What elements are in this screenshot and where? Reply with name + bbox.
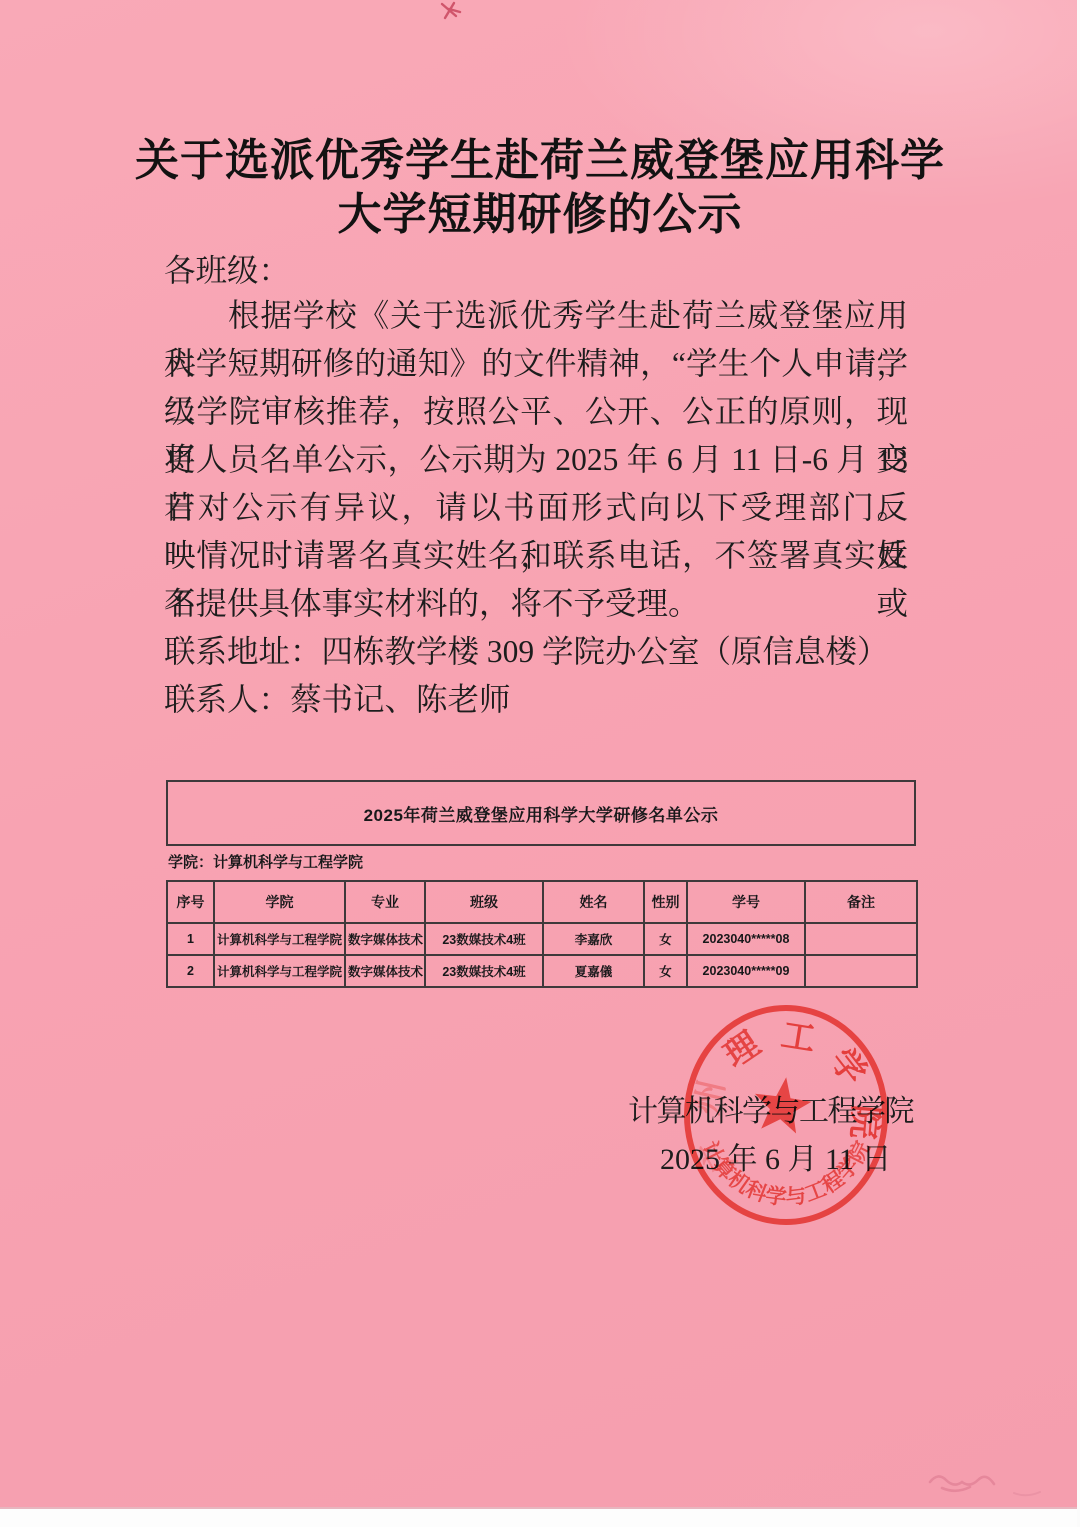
header-cell: 学院 (214, 881, 345, 923)
body-line: 更人员名单公示，公示期为 2025 年 6 月 11 日-6 月 13 日。 (164, 436, 908, 484)
header-cell: 专业 (345, 881, 425, 923)
table-cell: 23数媒技术4班 (425, 955, 543, 987)
table-cell: 计算机科学与工程学院 (214, 923, 345, 955)
table-cell: 数字媒体技术 (345, 955, 425, 987)
table-cell: 计算机科学与工程学院 (214, 955, 345, 987)
table-title: 2025年荷兰威登堡应用科学大学研修名单公示 (166, 780, 916, 846)
official-stamp: 广州理工学院 计算机科学与工程学院 (626, 950, 948, 1282)
header-cell: 姓名 (543, 881, 644, 923)
ink-scribble-top (436, 0, 470, 26)
notice-page: 关于选派优秀学生赴荷兰威登堡应用科学 大学短期研修的公示 各班级： 根据学校《关… (0, 0, 1080, 1527)
table-cell: 1 (167, 923, 214, 955)
body-line: 大学短期研修的通知》的文件精神，“学生个人申请，二 (164, 340, 908, 388)
header-cell: 性别 (644, 881, 687, 923)
body-line: 根据学校《关于选派优秀学生赴荷兰威登堡应用科学 (164, 292, 908, 340)
page-title-line2: 大学短期研修的公示 (0, 188, 1080, 242)
ink-scribble-bottom (922, 1460, 1052, 1508)
salutation: 各班级： (164, 246, 908, 291)
contact-address: 联系地址：四栋教学楼 309 学院办公室（原信息楼） (164, 628, 908, 676)
page-title: 关于选派优秀学生赴荷兰威登堡应用科学 大学短期研修的公示 (0, 134, 1080, 242)
table-header-row: 序号 学院 专业 班级 姓名 性别 学号 备注 (167, 881, 917, 923)
notice-body: 根据学校《关于选派优秀学生赴荷兰威登堡应用科学 大学短期研修的通知》的文件精神，… (164, 292, 908, 724)
stamp-arc-char: 院 (844, 1103, 885, 1140)
body-line: 级学院审核推荐，按照公平、公开、公正的原则，现将变 (164, 388, 908, 436)
header-cell: 学号 (687, 881, 805, 923)
table-cell: 数字媒体技术 (345, 923, 425, 955)
paper-edge-bottom (0, 1507, 1080, 1527)
stamp-arc-char: 工 (779, 1017, 818, 1059)
header-cell: 班级 (425, 881, 543, 923)
body-line: 若对公示有异议，请以书面形式向以下受理部门反映，反 (164, 484, 908, 532)
college-label: 学院：计算机科学与工程学院 (166, 846, 916, 880)
star-icon (755, 1077, 812, 1133)
page-title-line1: 关于选派优秀学生赴荷兰威登堡应用科学 (0, 134, 1080, 188)
body-line: 映情况时请署名真实姓名和联系电话，不签署真实姓名或 (164, 532, 908, 580)
header-cell: 序号 (167, 881, 214, 923)
header-cell: 备注 (805, 881, 917, 923)
stamp-arc-char: 州 (688, 1077, 732, 1118)
contact-person: 联系人：蔡书记、陈老师 (164, 676, 908, 724)
table-cell: 23数媒技术4班 (425, 923, 543, 955)
table-cell: 2 (167, 955, 214, 987)
